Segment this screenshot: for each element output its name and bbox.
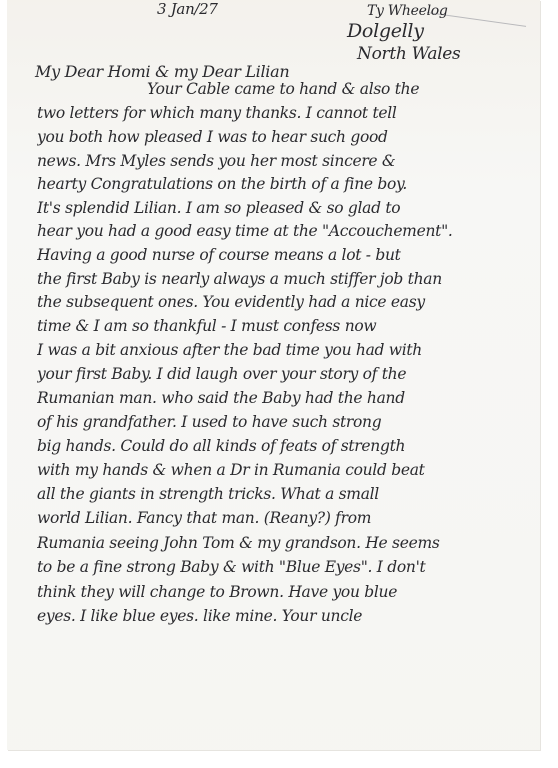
body-line: of his grandfather. I used to have such …: [37, 413, 537, 431]
body-line: world Lilian. Fancy that man. (Reany?) f…: [37, 509, 537, 527]
body-line: to be a fine strong Baby & with "Blue Ey…: [37, 558, 537, 576]
body-line: all the giants in strength tricks. What …: [37, 485, 537, 503]
body-line: the subsequent ones. You evidently had a…: [37, 293, 537, 311]
body-line: news. Mrs Myles sends you her most since…: [37, 152, 537, 170]
body-line: I was a bit anxious after the bad time y…: [37, 341, 537, 359]
body-line: you both how pleased I was to hear such …: [37, 128, 537, 146]
body-line: Rumania seeing John Tom & my grandson. H…: [37, 534, 537, 552]
letter-date: 3 Jan/27: [157, 0, 218, 18]
body-line: the first Baby is nearly always a much s…: [37, 270, 537, 288]
address-line-1: Ty Wheelog: [367, 3, 448, 19]
body-line: hear you had a good easy time at the "Ac…: [37, 222, 537, 240]
body-line: Your Cable came to hand & also the: [147, 80, 537, 98]
body-line: two letters for which many thanks. I can…: [37, 104, 537, 122]
body-line: It's splendid Lilian. I am so pleased & …: [37, 199, 537, 217]
body-line: your first Baby. I did laugh over your s…: [37, 365, 537, 383]
body-line: Having a good nurse of course means a lo…: [37, 246, 537, 264]
body-line: big hands. Could do all kinds of feats o…: [37, 437, 537, 455]
body-line: Rumanian man. who said the Baby had the …: [37, 389, 537, 407]
salutation: My Dear Homi & my Dear Lilian: [35, 62, 289, 81]
body-line: eyes. I like blue eyes. like mine. Your …: [37, 607, 537, 625]
body-line: think they will change to Brown. Have yo…: [37, 583, 537, 601]
body-line: hearty Congratulations on the birth of a…: [37, 175, 537, 193]
body-line: time & I am so thankful - I must confess…: [37, 317, 537, 335]
letter-page: 3 Jan/27 Ty Wheelog Dolgelly North Wales…: [7, 0, 540, 750]
address-line-2: Dolgelly: [347, 20, 424, 42]
address-line-3: North Wales: [357, 44, 460, 64]
body-line: with my hands & when a Dr in Rumania cou…: [37, 461, 537, 479]
